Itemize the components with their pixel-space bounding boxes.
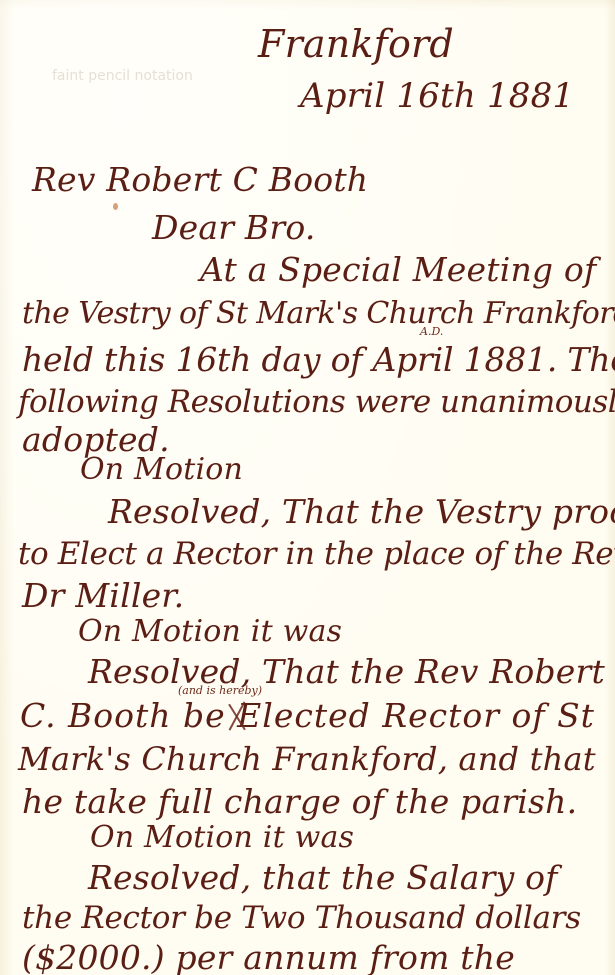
body-line-8: to Elect a Rector in the place of the Re…: [18, 536, 615, 572]
body-line-11: Resolved, That the Rev Robert: [88, 652, 605, 691]
body-line-3: held this 16th day of April 1881. The: [22, 340, 615, 379]
body-line-2: the Vestry of St Mark's Church Frankford: [22, 296, 615, 331]
body-line-18: ($2000.) per annum from the: [22, 938, 515, 975]
body-line-13: Mark's Church Frankford, and that: [18, 740, 596, 778]
body-line-12: C. Booth be Elected Rector of St: [20, 696, 595, 735]
body-line-7: Resolved, That the Vestry proceed: [108, 492, 615, 531]
recipient-name: Rev Robert C Booth: [32, 160, 368, 199]
body-line-6: On Motion: [80, 452, 243, 487]
body-line-4: following Resolutions were unanimously: [18, 384, 615, 420]
body-line-15: On Motion it was: [90, 820, 354, 855]
letter-page: faint pencil notation Frankford April 16…: [0, 0, 615, 975]
body-line-9: Dr Miller.: [22, 576, 184, 615]
header-place: Frankford: [258, 22, 454, 66]
insertion-ad: A.D.: [420, 325, 443, 338]
body-line-17: the Rector be Two Thousand dollars: [22, 900, 581, 936]
greeting: Dear Bro.: [152, 208, 316, 247]
body-line-10: On Motion it was: [78, 614, 342, 649]
header-date: April 16th 1881: [300, 76, 574, 116]
body-line-1: At a Special Meeting of: [200, 250, 596, 289]
pencil-mark: faint pencil notation: [52, 68, 193, 84]
body-line-16: Resolved, that the Salary of: [88, 858, 558, 897]
body-line-14: he take full charge of the parish.: [22, 782, 577, 821]
ink-spot: [113, 203, 118, 210]
